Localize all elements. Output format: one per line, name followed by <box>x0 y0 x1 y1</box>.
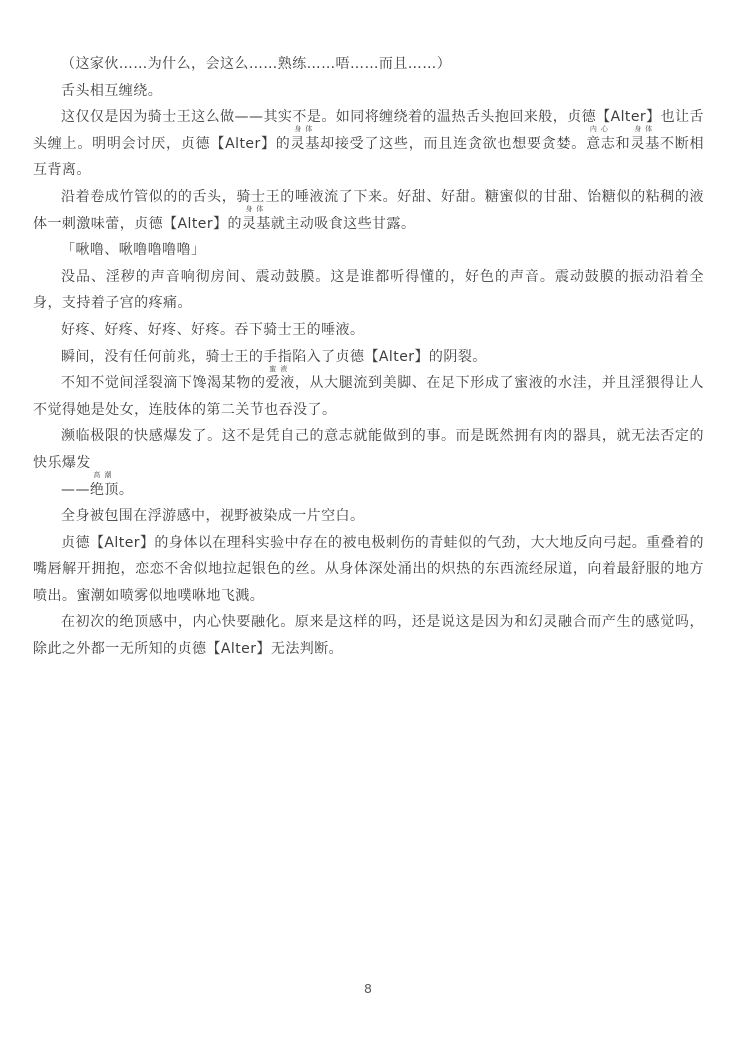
ruby-annotated-term: 灵基身体 <box>630 136 660 152</box>
paragraph: ——绝顶高潮。 <box>33 477 704 504</box>
paragraph: 没品、淫秽的声音响彻房间、震动鼓膜。这是谁都听得懂的，好色的声音。震动鼓膜的振动… <box>33 264 704 317</box>
paragraph: 瞬间，没有任何前兆，骑士王的手指陷入了贞德【Alter】的阴裂。 <box>33 344 704 371</box>
paragraph: 在初次的绝顶感中，内心快要融化。原来是这样的吗，还是说这是因为和幻灵融合而产生的… <box>33 609 704 662</box>
paragraph: 舌头相互缠绕。 <box>33 78 704 105</box>
ruby-text: 内心 <box>590 126 612 133</box>
paragraph: 不知不觉间淫裂滴下馋渴某物的爱液蜜液，从大腿流到美脚、在足下形成了蜜液的水洼，并… <box>33 370 704 423</box>
page-number: 8 <box>0 981 736 996</box>
ruby-annotated-term: 灵基身体 <box>291 136 321 152</box>
ruby-text: 身体 <box>245 206 267 213</box>
paragraph: 濒临极限的快感爆发了。这不是凭自己的意志就能做到的事。而是既然拥有肉的器具，就无… <box>33 423 704 476</box>
ruby-text: 高潮 <box>93 472 115 479</box>
document-page: （这家伙……为什么，会这么……熟练……唔……而且……）舌头相互缠绕。这仅仅是因为… <box>0 0 736 1041</box>
paragraph: 全身被包围在浮游感中，视野被染成一片空白。 <box>33 503 704 530</box>
paragraph: 沿着卷成竹管似的的舌头，骑士王的唾液流了下来。好甜、好甜。糖蜜似的甘甜、饴糖似的… <box>33 184 704 237</box>
paragraph: 这仅仅是因为骑士王这么做——其实不是。如同将缠绕着的温热舌头抱回来般，贞德【Al… <box>33 104 704 184</box>
paragraph: （这家伙……为什么，会这么……熟练……唔……而且……） <box>33 51 704 78</box>
ruby-text: 蜜液 <box>269 366 291 373</box>
document-body: （这家伙……为什么，会这么……熟练……唔……而且……）舌头相互缠绕。这仅仅是因为… <box>33 51 704 663</box>
ruby-annotated-term: 意志内心 <box>586 136 616 152</box>
paragraph: 贞德【Alter】的身体以在理科实验中存在的被电极刺伤的青蛙似的气劲，大大地反向… <box>33 530 704 610</box>
ruby-text: 身体 <box>634 126 656 133</box>
ruby-annotated-term: 绝顶高潮 <box>90 482 119 498</box>
paragraph: 好疼、好疼、好疼、好疼。吞下骑士王的唾液。 <box>33 317 704 344</box>
paragraph: 「啾噜、啾噜噜噜噜」 <box>33 237 704 264</box>
ruby-annotated-term: 爱液蜜液 <box>266 375 295 391</box>
ruby-text: 身体 <box>294 126 316 133</box>
ruby-annotated-term: 灵基身体 <box>242 216 271 232</box>
